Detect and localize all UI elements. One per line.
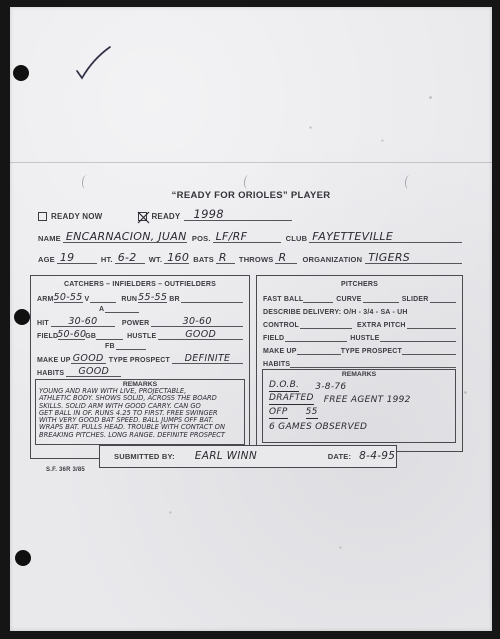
pitcher-hustle-label: HUSTLE [350,335,379,342]
gb-field [96,339,123,340]
habits-field: GOOD [66,367,121,378]
height-label: HT. [101,255,113,264]
bio-row: AGE 19 HT. 6-2 WT. 160 BATS R THROWS R O… [38,247,462,264]
field-value: 50-60 [57,330,86,340]
ready-year-field: 1998 [184,209,292,222]
ready-label: READY [151,212,180,221]
name-value: ENCARNACION, JUAN [66,231,187,242]
club-label: CLUB [286,234,308,243]
scan-mark [81,175,91,190]
ready-checkbox [138,212,147,221]
fold-line [10,162,492,163]
arm-value: 50-55 [54,293,83,303]
pos-label: POS. [192,234,211,243]
bats-field: R [216,252,235,264]
control-field [300,328,352,329]
hustle-label: HUSTLE [127,333,156,340]
a-field [105,312,139,313]
pitcher-field-field [285,341,347,342]
position-players-box: CATCHERS – INFIELDERS – OUTFIELDERS ARM … [30,275,250,459]
remarks-title: REMARKS [263,370,455,378]
v-field [90,302,116,303]
name-field: ENCARNACION, JUAN [63,231,187,243]
power-field: 30-60 [151,317,243,328]
hole-punch [15,550,31,566]
bats-value: R [219,252,227,263]
fast-ball-label: FAST BALL [263,296,303,303]
ofp-value: 55 [306,408,318,419]
field-field: 50-60 [58,330,85,341]
scan-background: “READY FOR ORIOLES” PLAYER READY NOW REA… [0,0,500,639]
dob-label: D.O.B. [269,381,299,392]
run-label: RUN [121,296,137,303]
throws-label: THROWS [239,255,274,264]
br-label: BR [169,296,180,303]
drafted-label: DRAFTED [269,394,314,405]
slider-label: SLIDER [402,296,429,303]
bats-label: BATS [193,255,214,264]
a-label: A [99,306,104,313]
curve-label: CURVE [336,296,361,303]
extra-pitch-label: EXTRA PITCH [357,322,406,329]
pitcher-type-prospect-label: TYPE PROSPECT [341,348,402,355]
hit-value: 30-60 [68,317,97,327]
pitcher-remarks-box: REMARKS D.O.B. 3-8-76 DRAFTED FREE AGENT… [262,369,456,443]
fast-ball-field [303,302,333,303]
club-value: FAYETTEVILLE [312,231,393,242]
weight-value: 160 [167,252,189,263]
makeup-value: GOOD [73,354,104,364]
hit-label: HIT [37,320,49,327]
submitted-by-value: EARL WINN [195,451,290,462]
ready-status-row: READY NOW READY 1998 [38,206,298,221]
arm-field: 50-55 [54,293,83,304]
extra-pitch-field [407,328,456,329]
height-value: 6-2 [118,252,137,263]
br-field [181,302,243,303]
organization-value: TIGERS [368,252,410,263]
date-label: DATE: [328,452,351,461]
height-field: 6-2 [115,252,145,264]
pen-checkmark-icon [68,41,116,87]
type-prospect-value: DEFINITE [185,354,231,364]
pitcher-hustle-field [380,341,456,342]
games-observed: 6 GAMES OBSERVED [269,423,367,432]
dob-value: 3-8-76 [315,383,346,392]
name-row: NAME ENCARNACION, JUAN POS. LF/RF CLUB F… [38,226,462,243]
type-prospect-label: TYPE PROSPECT [109,357,170,364]
slider-field [430,302,456,303]
fb-field [116,349,146,350]
v-label: V [85,296,90,303]
pitcher-habits-field [290,367,456,368]
weight-field: 160 [164,252,189,264]
submitted-by-box: SUBMITTED BY: EARL WINN DATE: 8-4-95 [99,445,397,468]
habits-label: HABITS [37,370,64,377]
pitchers-box: PITCHERS FAST BALL CURVE SLIDER DESCRIBE… [256,275,463,452]
scouting-report-page: “READY FOR ORIOLES” PLAYER READY NOW REA… [10,7,492,631]
age-field: 19 [57,252,97,264]
ready-now-checkbox [38,212,47,221]
power-value: 30-60 [183,317,212,327]
form-title: “READY FOR ORIOLES” PLAYER [10,190,492,201]
name-label: NAME [38,234,61,243]
pitcher-makeup-label: MAKE UP [263,348,297,355]
scan-noise [10,7,11,8]
makeup-field: GOOD [71,354,106,365]
makeup-label: MAKE UP [37,357,71,364]
pitcher-makeup-field [297,354,341,355]
position-players-title: CATCHERS – INFIELDERS – OUTFIELDERS [31,276,249,291]
ready-year-value: 1998 [187,209,223,221]
pitcher-type-prospect-field [402,354,456,355]
form-number: S.F. 36R 3/85 [46,467,85,473]
gb-label: GB [85,333,96,340]
age-value: 19 [60,252,75,263]
date-value: 8-4-95 [359,451,395,462]
control-label: CONTROL [263,322,299,329]
habits-value: GOOD [78,367,109,377]
age-label: AGE [38,255,55,264]
arm-label: ARM [37,296,54,303]
pitchers-title: PITCHERS [257,276,462,291]
field-label: FIELD [37,333,58,340]
scan-mark [404,175,414,190]
ofp-label: OFP [269,408,288,419]
pitcher-field-label: FIELD [263,335,284,342]
throws-value: R [278,252,286,263]
ready-now-label: READY NOW [51,212,102,221]
organization-field: TIGERS [365,252,462,264]
run-field: 55-55 [138,293,167,304]
hustle-field: GOOD [158,330,243,341]
scan-mark [243,175,253,190]
run-value: 55-55 [138,293,167,303]
hustle-value: GOOD [185,330,216,340]
organization-label: ORGANIZATION [302,255,362,264]
curve-field [363,302,399,303]
pitcher-habits-label: HABITS [263,361,290,368]
hit-field: 30-60 [51,317,115,328]
club-field: FAYETTEVILLE [309,231,462,243]
power-label: POWER [122,320,149,327]
submitted-by-label: SUBMITTED BY: [114,452,175,461]
weight-label: WT. [149,255,163,264]
x-mark-icon [136,210,151,225]
type-prospect-field: DEFINITE [172,354,243,365]
position-remarks-box: REMARKS YOUNG AND RAW WITH LIVE, PROJECT… [35,379,245,445]
fb-label: FB [105,343,115,350]
hole-punch [14,309,30,325]
drafted-value: FREE AGENT 1992 [324,396,411,405]
throws-field: R [275,252,297,264]
pos-value: LF/RF [216,231,248,242]
describe-delivery-label: DESCRIBE DELIVERY: O/H - 3/4 - SA - UH [263,309,408,316]
hole-punch [13,65,29,81]
pos-field: LF/RF [213,231,281,243]
remarks-line: BREAKING PITCHES. LONG RANGE. DEFINITE P… [36,432,244,439]
